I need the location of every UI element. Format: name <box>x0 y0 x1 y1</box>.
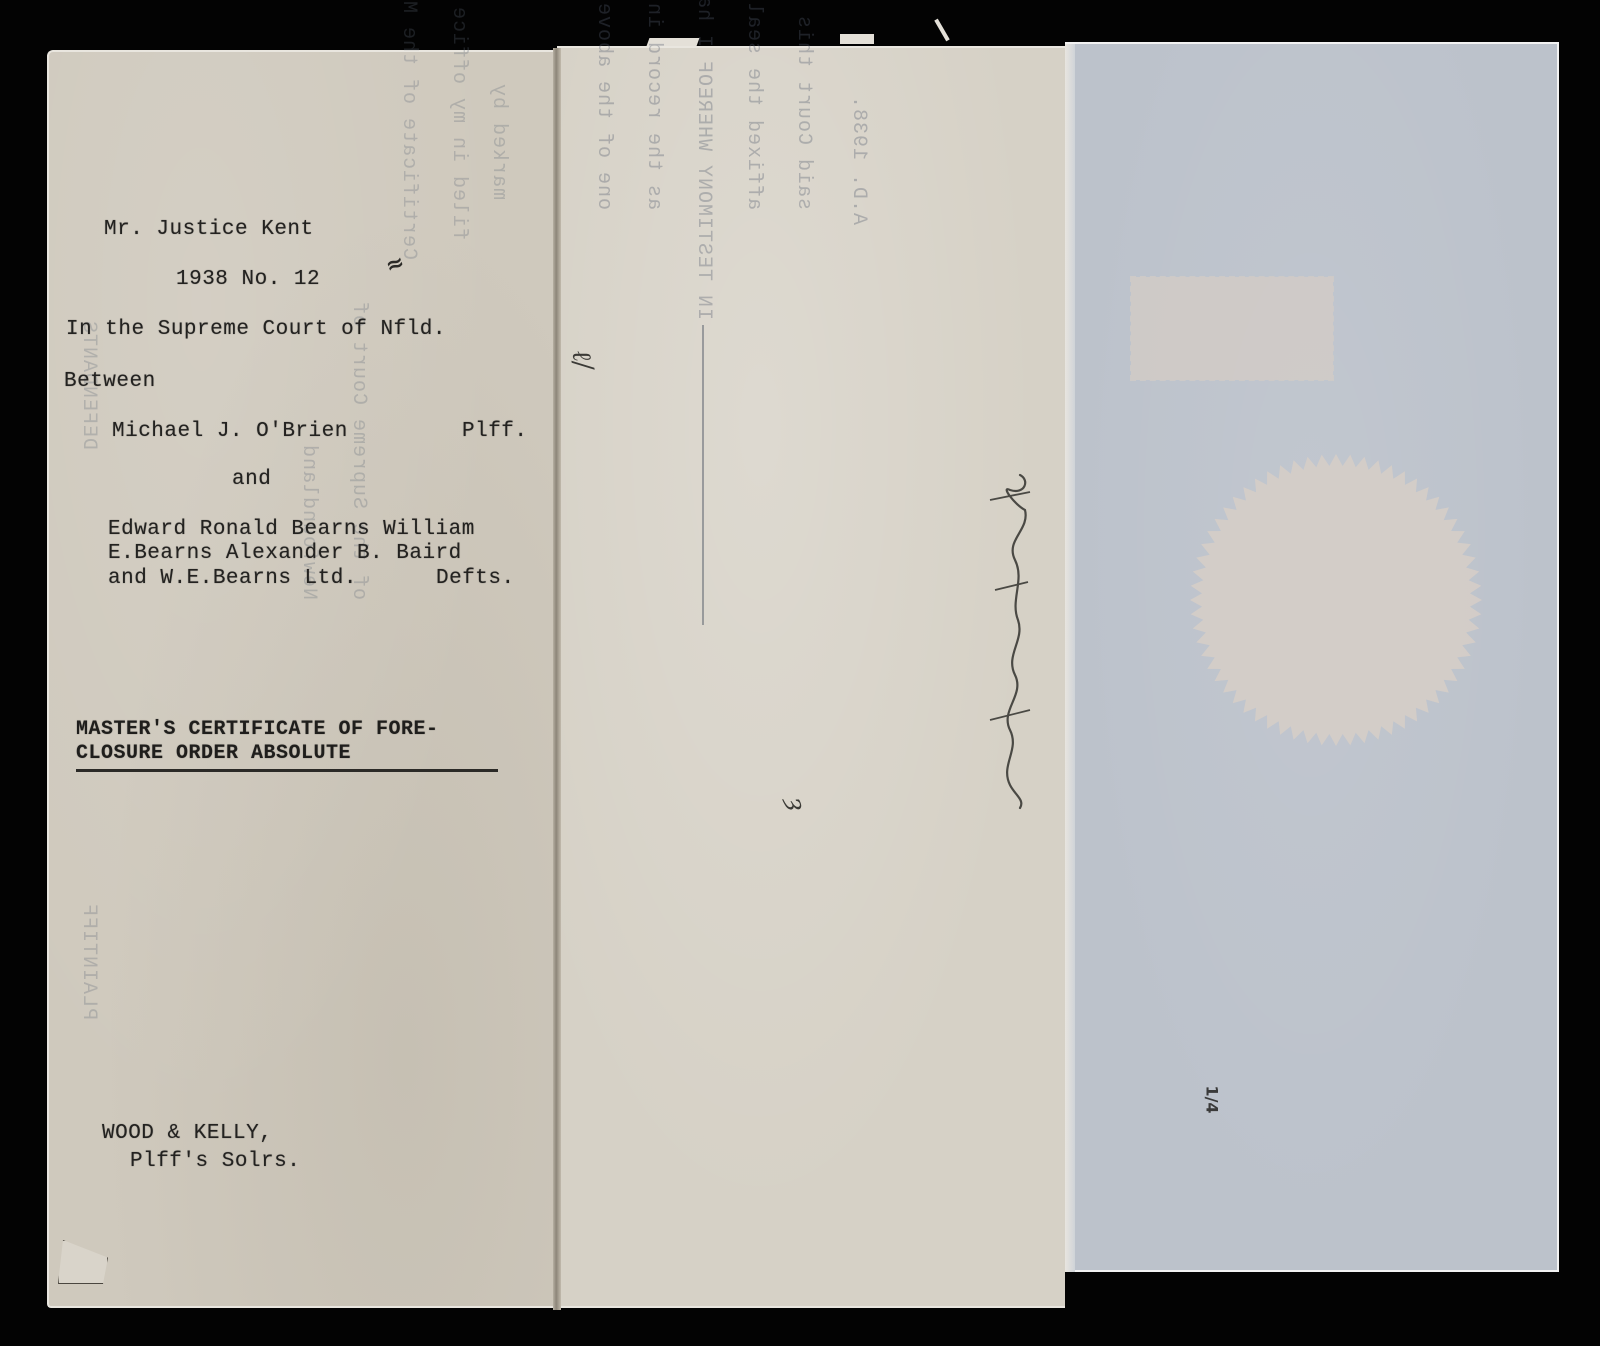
fold-crease <box>553 48 561 1310</box>
defendants-line-3: and W.E.Bearns Ltd. <box>108 567 357 590</box>
bleed-text: marked by <box>487 83 510 200</box>
solicitors-role: Plff's Solrs. <box>130 1150 300 1173</box>
bleed-text: Certificate of the Master <box>397 0 420 260</box>
signature-handwritten <box>970 470 1050 810</box>
bleed-text: A.D. 1938. <box>847 95 870 225</box>
embossed-seal-ghost <box>1188 452 1484 748</box>
bleed-underline <box>702 325 704 625</box>
document-photo: marked by filed in my office Certificate… <box>0 0 1600 1346</box>
case-number: 1938 No. 12 <box>176 268 320 291</box>
bleed-text: as the record in the said Supreme Court. <box>642 0 665 210</box>
title-underline <box>76 769 498 772</box>
conjunction: and <box>232 468 271 491</box>
revenue-stamp-ghost <box>1131 277 1333 380</box>
bleed-text: filed in my office <box>447 6 470 240</box>
bleed-text: affixed the seal of the said Court this <box>742 0 765 210</box>
defendants-line-2: E.Bearns Alexander B. Baird <box>108 542 462 565</box>
document-title-line-1: MASTER'S CERTIFICATE OF FORE- <box>76 718 439 741</box>
bleed-text: PLAINTIFF <box>77 903 100 1020</box>
bleed-text: IN TESTIMONY WHEREOF I have hereunto set… <box>692 0 715 320</box>
judge-name: Mr. Justice Kent <box>104 218 314 241</box>
court-name: In the Supreme Court of Nfld. <box>66 318 446 341</box>
document-title-line-2: CLOSURE ORDER ABSOLUTE <box>76 742 351 765</box>
defendants-line-1: Edward Ronald Bearns William <box>108 518 475 541</box>
bleed-text: one of the above cause as appears of Aug… <box>592 0 615 210</box>
solicitors-name: WOOD & KELLY, <box>102 1122 272 1145</box>
defendants-role: Defts. <box>436 567 515 590</box>
plaintiff-name: Michael J. O'Brien <box>112 420 348 443</box>
between-label: Between <box>64 370 156 393</box>
pencil-mark: 1/4 <box>1203 1085 1222 1113</box>
paper-tear <box>840 34 874 44</box>
blue-panel-edge <box>1065 44 1075 1272</box>
plaintiff-role: Plff. <box>462 420 528 443</box>
paper-tear <box>934 19 949 42</box>
bleed-text: said Court this <box>792 15 815 210</box>
